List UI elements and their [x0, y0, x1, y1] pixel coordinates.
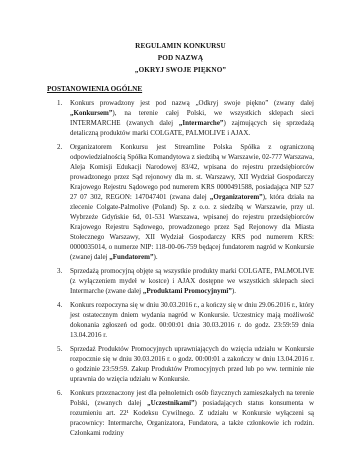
clause-text-segment: „Uczestnikami” — [147, 399, 194, 407]
clause-item: 1.Konkurs prowadzony jest pod nazwą „Odk… — [47, 98, 314, 138]
document-page: REGULAMIN KONKURSU POD NAZWĄ „OKRYJ SWOJ… — [0, 0, 360, 466]
clause-text-segment: Konkurs rozpoczyna się w dniu 30.03.2016… — [70, 301, 314, 339]
clause-item: 6.Konkurs przeznaczony jest dla pełnolet… — [47, 388, 314, 438]
clause-text-segment: „Organizatorem” — [210, 193, 263, 201]
clause-text: Sprzedażą promocyjną objęte są wszystkie… — [70, 267, 314, 295]
clause-number: 4. — [57, 300, 62, 310]
clause-number: 3. — [57, 266, 62, 276]
document-title-block: REGULAMIN KONKURSU POD NAZWĄ „OKRYJ SWOJ… — [47, 41, 314, 77]
clause-number: 2. — [57, 142, 62, 152]
clause-text-segment: ). — [232, 287, 236, 295]
clause-item: 5.Sprzedaż Produktów Promocyjnych uprawn… — [47, 344, 314, 384]
clause-text: Konkurs prowadzony jest pod nazwą „Odkry… — [70, 99, 314, 137]
clause-text-segment: Konkurs prowadzony jest pod nazwą „Odkry… — [70, 99, 314, 107]
clause-text: Konkurs rozpoczyna się w dniu 30.03.2016… — [70, 301, 314, 339]
clause-text: Organizatorem Konkursu jest Streamline P… — [70, 143, 314, 261]
clause-text: Konkurs przeznaczony jest dla pełnoletni… — [70, 389, 314, 437]
clause-item: 4.Konkurs rozpoczyna się w dniu 30.03.20… — [47, 300, 314, 340]
document-title-line-3: „OKRYJ SWOJE PIĘKNO” — [47, 65, 314, 77]
clause-item: 2.Organizatorem Konkursu jest Streamline… — [47, 142, 314, 262]
numbered-clause-list: 1.Konkurs prowadzony jest pod nazwą „Odk… — [47, 98, 314, 438]
clause-number: 6. — [57, 388, 62, 398]
clause-number: 1. — [57, 98, 62, 108]
clause-text-segment: „Konkursem” — [70, 109, 112, 117]
clause-text-segment: „Fundatorem” — [109, 253, 153, 261]
clause-text-segment: ). — [153, 253, 157, 261]
clause-text-segment: „Produktami Promocyjnymi” — [143, 287, 232, 295]
clause-text-segment: Sprzedaż Produktów Promocyjnych uprawnia… — [70, 345, 314, 383]
clause-item: 3.Sprzedażą promocyjną objęte są wszystk… — [47, 266, 314, 296]
clause-number: 5. — [57, 344, 62, 354]
clause-text: Sprzedaż Produktów Promocyjnych uprawnia… — [70, 345, 314, 383]
clause-text-segment: ), która działa na zlecenie Colgate-Palm… — [70, 193, 314, 261]
document-title-line-1: REGULAMIN KONKURSU — [47, 41, 314, 53]
document-title-line-2: POD NAZWĄ — [47, 53, 314, 65]
clause-text-segment: „Intermarche” — [179, 119, 224, 127]
section-heading: POSTANOWIENIA OGÓLNE — [47, 84, 314, 94]
